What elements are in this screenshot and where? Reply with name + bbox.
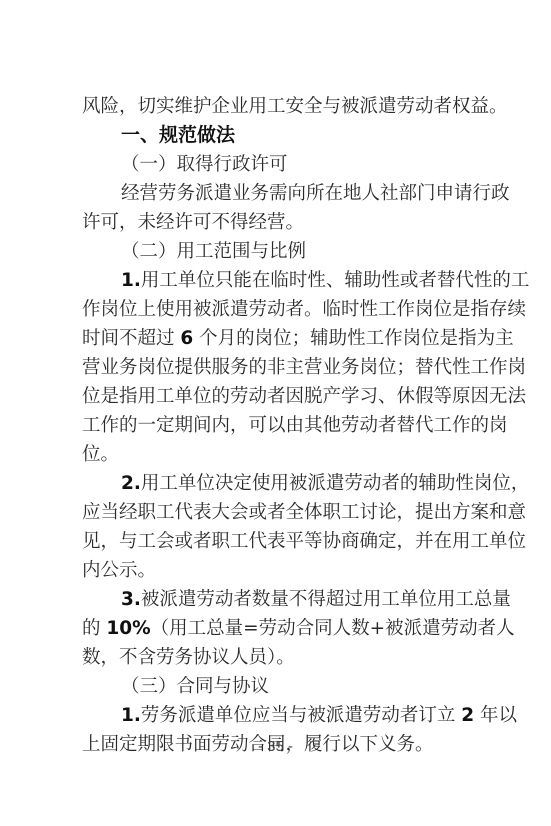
item-number: 2. [121, 473, 141, 494]
subsection-heading: （一）取得行政许可 [82, 150, 472, 179]
paragraph-line: 位是指用工单位的劳动者因脱产学习、休假等原因无法 [82, 382, 472, 411]
paragraph-line: 应当经职工代表大会或者全体职工讨论，提出方案和意 [82, 498, 472, 527]
paragraph-line: 作岗位上使用被派遣劳动者。临时性工作岗位是指存续 [82, 295, 472, 324]
paragraph-line: 工作的一定期间内，可以由其他劳动者替代工作的岗 [82, 411, 472, 440]
paragraph-line: 时间不超过 6 个月的岗位；辅助性工作岗位是指为主 [82, 324, 472, 353]
list-item-2: 2.用工单位决定使用被派遣劳动者的辅助性岗位， [82, 469, 472, 498]
section-heading: 一、规范做法 [82, 121, 472, 150]
paragraph-text: （用工总量=劳动合同人数+被派遣劳动者人 [151, 618, 515, 639]
paragraph-line: 内公示。 [82, 556, 472, 585]
paragraph-text: 的 [82, 618, 106, 639]
list-item-1: 1.用工单位只能在临时性、辅助性或者替代性的工 [82, 266, 472, 295]
paragraph-text: 时间不超过 [82, 328, 180, 349]
paragraph-line: 风险，切实维护企业用工安全与被派遣劳动者权益。 [82, 92, 472, 121]
list-item-3: 3.被派遣劳动者数量不得超过用工单位用工总量 [82, 585, 472, 614]
paragraph-text: 个月的岗位；辅助性工作岗位是指为主 [193, 328, 513, 349]
item-number: 1. [121, 705, 141, 726]
paragraph-line: 经营劳务派遣业务需向所在地人社部门申请行政 [82, 179, 472, 208]
paragraph-line: 见，与工会或者职工代表平等协商确定，并在用工单位 [82, 527, 472, 556]
inline-number: 2 [461, 705, 474, 726]
paragraph-line: 的 10%（用工总量=劳动合同人数+被派遣劳动者人 [82, 614, 472, 643]
subsection-heading: （二）用工范围与比例 [82, 237, 472, 266]
paragraph-line: 数，不含劳务协议人员）。 [82, 643, 472, 672]
paragraph-line: 营业务岗位提供服务的非主营业务岗位；替代性工作岗 [82, 353, 472, 382]
inline-number: 10% [106, 618, 150, 639]
subsection-heading: （三）合同与协议 [82, 672, 472, 701]
item-number: 1. [121, 270, 141, 291]
paragraph-text: 被派遣劳动者数量不得超过用工单位用工总量 [141, 589, 511, 610]
paragraph-line: 位。 [82, 440, 472, 469]
paragraph-text: 用工单位只能在临时性、辅助性或者替代性的工 [141, 270, 530, 291]
paragraph-text: 用工单位决定使用被派遣劳动者的辅助性岗位， [141, 473, 530, 494]
document-page: 风险，切实维护企业用工安全与被派遣劳动者权益。 一、规范做法 （一）取得行政许可… [82, 92, 472, 759]
paragraph-text: 劳务派遣单位应当与被派遣劳动者订立 [141, 705, 461, 726]
inline-number: 6 [180, 328, 193, 349]
item-number: 3. [121, 589, 141, 610]
list-item-1: 1.劳务派遣单位应当与被派遣劳动者订立 2 年以 [82, 701, 472, 730]
paragraph-line: 许可，未经许可不得经营。 [82, 208, 472, 237]
paragraph-text: 年以 [474, 705, 517, 726]
page-number: - 35 - [0, 738, 551, 755]
